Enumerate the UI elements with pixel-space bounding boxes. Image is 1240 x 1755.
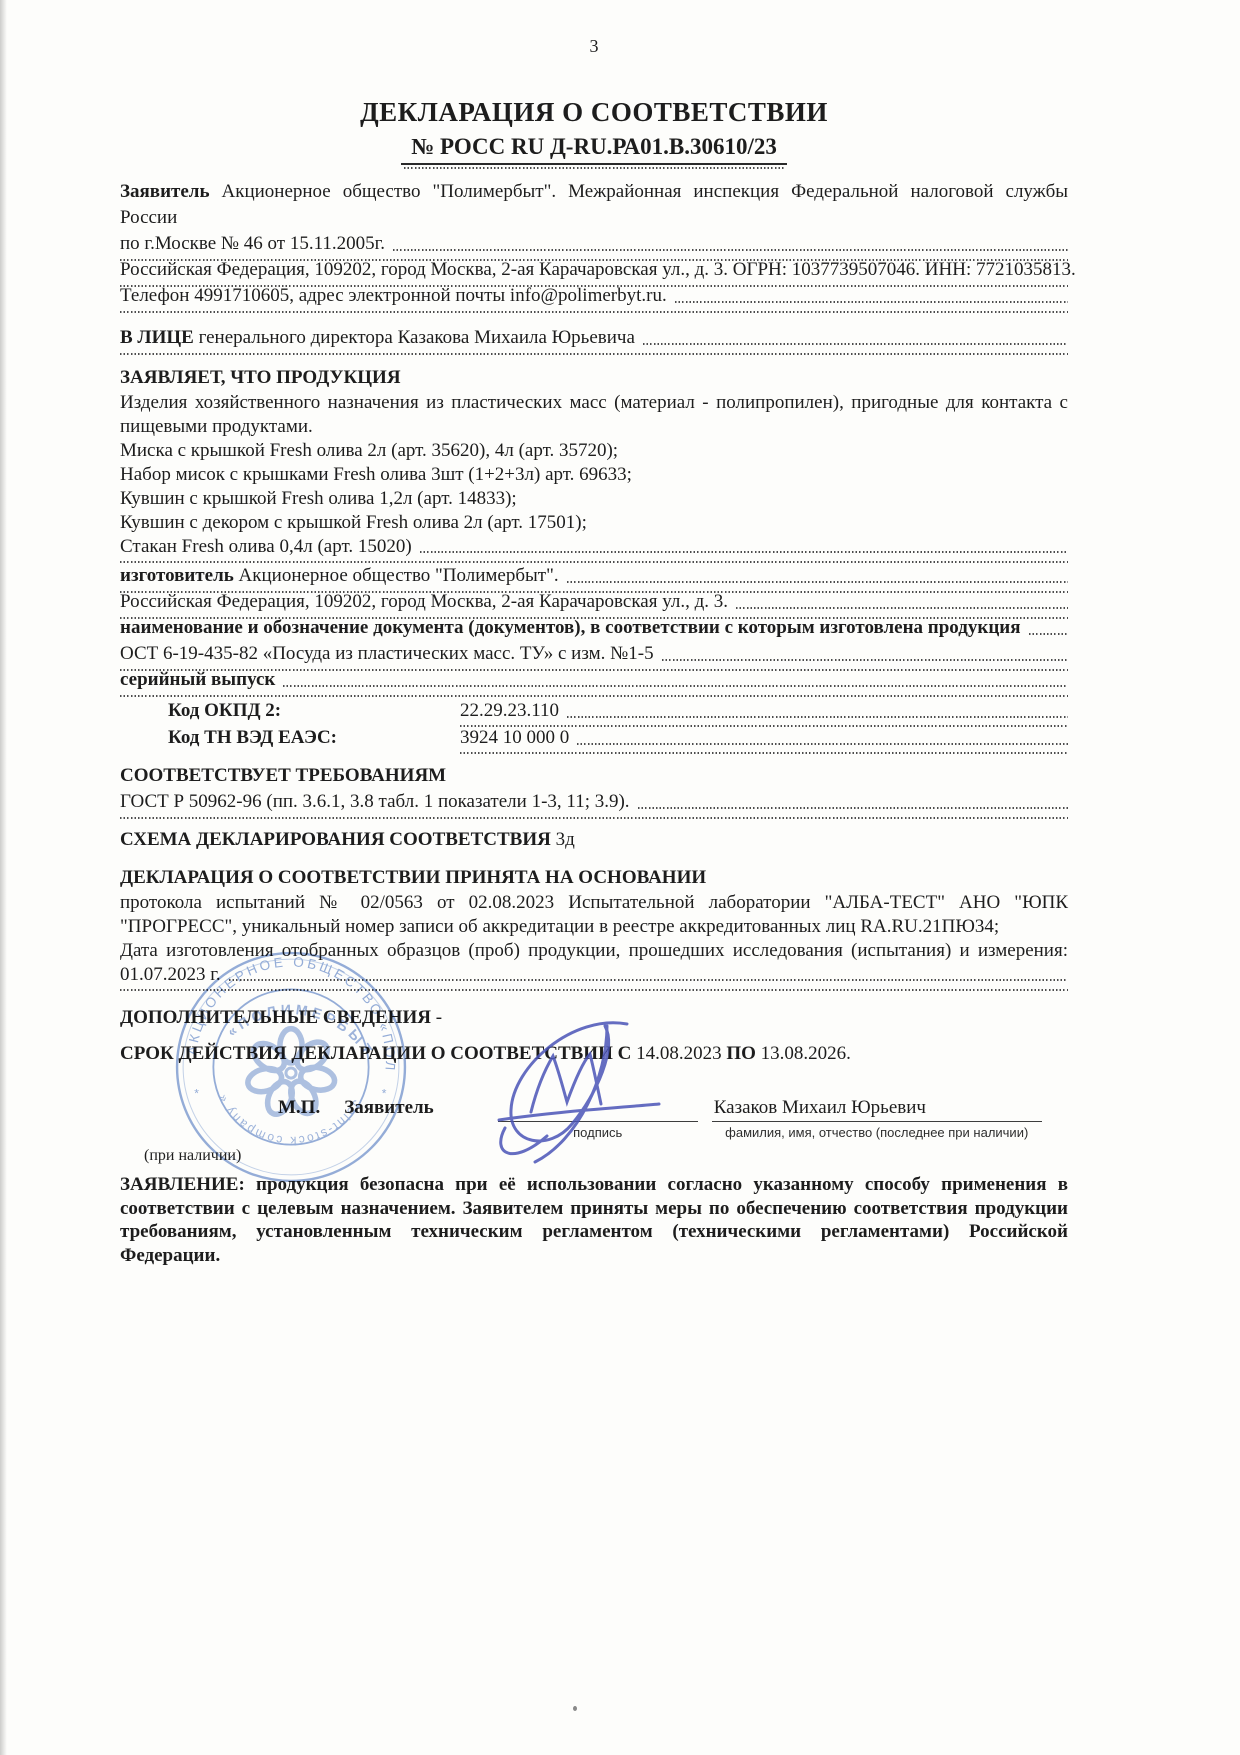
stamp-place-label: М.П.	[278, 1095, 320, 1141]
basis-line1: протокола испытаний № 02/0563 от 02.08.2…	[120, 891, 1068, 915]
product-item: Кувшин с декором с крышкой Fresh олива 2…	[120, 511, 1068, 535]
name-caption: фамилия, имя, отчество (последнее при на…	[712, 1124, 1042, 1141]
basis-line4: 01.07.2023 г.	[120, 963, 1068, 987]
basis-line3: Дата изготовления отобранных образцов (п…	[120, 939, 1068, 963]
signature-caption: подпись	[498, 1124, 698, 1141]
manufacturer-address: Российская Федерация, 109202, город Моск…	[120, 589, 1068, 615]
doc-number: № РОСС RU Д-RU.РА01.В.30610/23	[120, 132, 1068, 165]
document-value: ОСТ 6-19-435-82 «Посуда из пластических …	[120, 641, 1068, 667]
signer-name: Казаков Михаил Юрьевич	[712, 1095, 1042, 1121]
scheme-line: СХЕМА ДЕКЛАРИРОВАНИЯ СООТВЕТСТВИЯ 3д	[120, 827, 1068, 853]
okpd-row: Код ОКПД 2: 22.29.23.110	[120, 697, 1068, 724]
basis-heading: ДЕКЛАРАЦИЯ О СООТВЕТСТВИИ ПРИНЯТА НА ОСН…	[120, 865, 1068, 891]
signature-row: М.П. Заявитель подпись Казаков Михаил Юр…	[120, 1095, 1068, 1141]
basis-line2: "ПРОГРЕСС", уникальный номер записи об а…	[120, 915, 1068, 939]
applicant-address: Российская Федерация, 109202, город Моск…	[120, 257, 1068, 283]
applicant-line1: Заявитель Акционерное общество "Полимерб…	[120, 179, 1068, 231]
dotted-leader	[393, 249, 1068, 251]
compliance-heading: СООТВЕТСТВУЕТ ТРЕБОВАНИЯМ	[120, 763, 1068, 789]
tnved-label: Код ТН ВЭД ЕАЭС:	[120, 724, 460, 751]
okpd-label: Код ОКПД 2:	[120, 697, 460, 724]
product-item: Кувшин с крышкой Fresh олива 1,2л (арт. …	[120, 487, 1068, 511]
product-item-last: Стакан Fresh олива 0,4л (арт. 15020)	[120, 535, 1068, 559]
statement-paragraph: ЗАЯВЛЕНИЕ: продукция безопасна при её ис…	[120, 1173, 1068, 1267]
if-available-note: (при наличии)	[144, 1147, 1068, 1165]
okpd-field: 22.29.23.110	[460, 697, 1068, 724]
product-desc1: Изделия хозяйственного назначения из пла…	[120, 391, 1068, 415]
scan-artifact-dot	[573, 1706, 577, 1711]
signature-field: подпись	[498, 1095, 698, 1141]
title-dotted-rule	[404, 167, 784, 169]
applicant-contacts: Телефон 4991710605, адрес электронной по…	[120, 283, 1068, 309]
document-heading: наименование и обозначение документа (до…	[120, 615, 1068, 641]
signature-line	[498, 1121, 698, 1122]
additional-line: ДОПОЛНИТЕЛЬНЫЕ СВЕДЕНИЯ -	[120, 1005, 1068, 1031]
document-content: ДЕКЛАРАЦИЯ О СООТВЕТСТВИИ № РОСС RU Д-RU…	[120, 0, 1068, 1267]
applicant-word: Заявитель	[344, 1095, 434, 1141]
product-item: Набор мисок с крышками Fresh олива 3шт (…	[120, 463, 1068, 487]
document-page: 3 ДЕКЛАРАЦИЯ О СООТВЕТСТВИИ № РОСС RU Д-…	[0, 0, 1240, 1755]
manufacturer-line: изготовитель Акционерное общество "Полим…	[120, 563, 1068, 589]
tnved-field: 3924 10 000 0	[460, 724, 1068, 751]
name-field: Казаков Михаил Юрьевич фамилия, имя, отч…	[712, 1095, 1042, 1141]
applicant-line2: по г.Москве № 46 от 15.11.2005г.	[120, 231, 1068, 257]
serial-line: серийный выпуск	[120, 667, 1068, 693]
validity-line: СРОК ДЕЙСТВИЯ ДЕКЛАРАЦИИ О СООТВЕТСТВИИ …	[120, 1041, 1068, 1067]
product-item: Миска с крышкой Fresh олива 2л (арт. 356…	[120, 439, 1068, 463]
compliance-text: ГОСТ Р 50962-96 (пп. 3.6.1, 3.8 табл. 1 …	[120, 789, 1068, 815]
tnved-row: Код ТН ВЭД ЕАЭС: 3924 10 000 0	[120, 724, 1068, 751]
in-person-line: В ЛИЦЕ генерального директора Казакова М…	[120, 325, 1068, 351]
name-line	[712, 1121, 1042, 1122]
product-desc2: пищевыми продуктами.	[120, 415, 1068, 439]
product-heading: ЗАЯВЛЯЕТ, ЧТО ПРОДУКЦИЯ	[120, 365, 1068, 391]
doc-title: ДЕКЛАРАЦИЯ О СООТВЕТСТВИИ	[120, 96, 1068, 128]
